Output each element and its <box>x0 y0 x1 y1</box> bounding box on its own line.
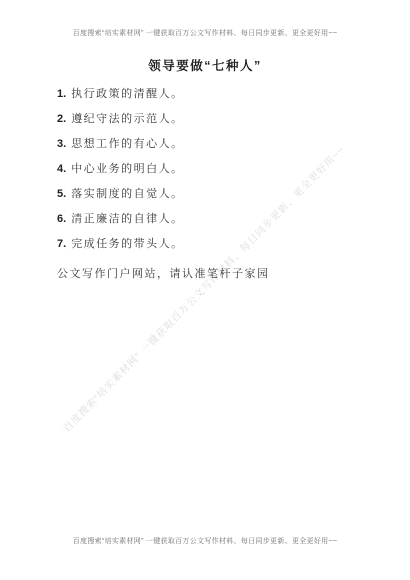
list-item: 6.清正廉洁的自律人。 <box>57 207 382 232</box>
list-item-text: 落实制度的自觉人。 <box>71 188 184 200</box>
list-item: 2.遵纪守法的示范人。 <box>57 107 382 132</box>
list-item: 1.执行政策的清醒人。 <box>57 82 382 107</box>
list-item: 4.中心业务的明白人。 <box>57 157 382 182</box>
list-item-number: 5. <box>57 188 66 200</box>
list-item: 5.落实制度的自觉人。 <box>57 182 382 207</box>
list-item-text: 执行政策的清醒人。 <box>71 88 184 100</box>
list-item: 7.完成任务的带头人。 <box>57 232 382 257</box>
list-item: 3.思想工作的有心人。 <box>57 132 382 157</box>
list-item-text: 清正廉洁的自律人。 <box>71 213 184 225</box>
list-item-text: 思想工作的有心人。 <box>71 138 184 150</box>
document-page: 百度搜索“培实素材网” 一键获取百万公文写作材料、每日同步更新、更全更好用~~ … <box>0 0 410 580</box>
document-title: 领导要做“七种人” <box>0 56 410 74</box>
list-item-number: 7. <box>57 238 66 250</box>
list-item-text: 中心业务的明白人。 <box>71 163 184 175</box>
closing-line: 公文写作门户网站，请认准笔杆子家园 <box>57 262 382 287</box>
list-item-number: 4. <box>57 163 66 175</box>
list-item-number: 6. <box>57 213 66 225</box>
list-item-text: 完成任务的带头人。 <box>71 238 184 250</box>
list-item-number: 3. <box>57 138 66 150</box>
header-promo-note: 百度搜索“培实素材网” 一键获取百万公文写作材料、每日同步更新、更全更好用~~ <box>0 28 410 38</box>
list-item-number: 2. <box>57 113 66 125</box>
list-item-number: 1. <box>57 88 66 100</box>
list-item-text: 遵纪守法的示范人。 <box>71 113 184 125</box>
footer-promo-note: 百度搜索“培实素材网” 一键获取百万公文写作材料、每日同步更新、更全更好用~~ <box>0 536 410 546</box>
document-body: 1.执行政策的清醒人。 2.遵纪守法的示范人。 3.思想工作的有心人。 4.中心… <box>57 82 382 287</box>
